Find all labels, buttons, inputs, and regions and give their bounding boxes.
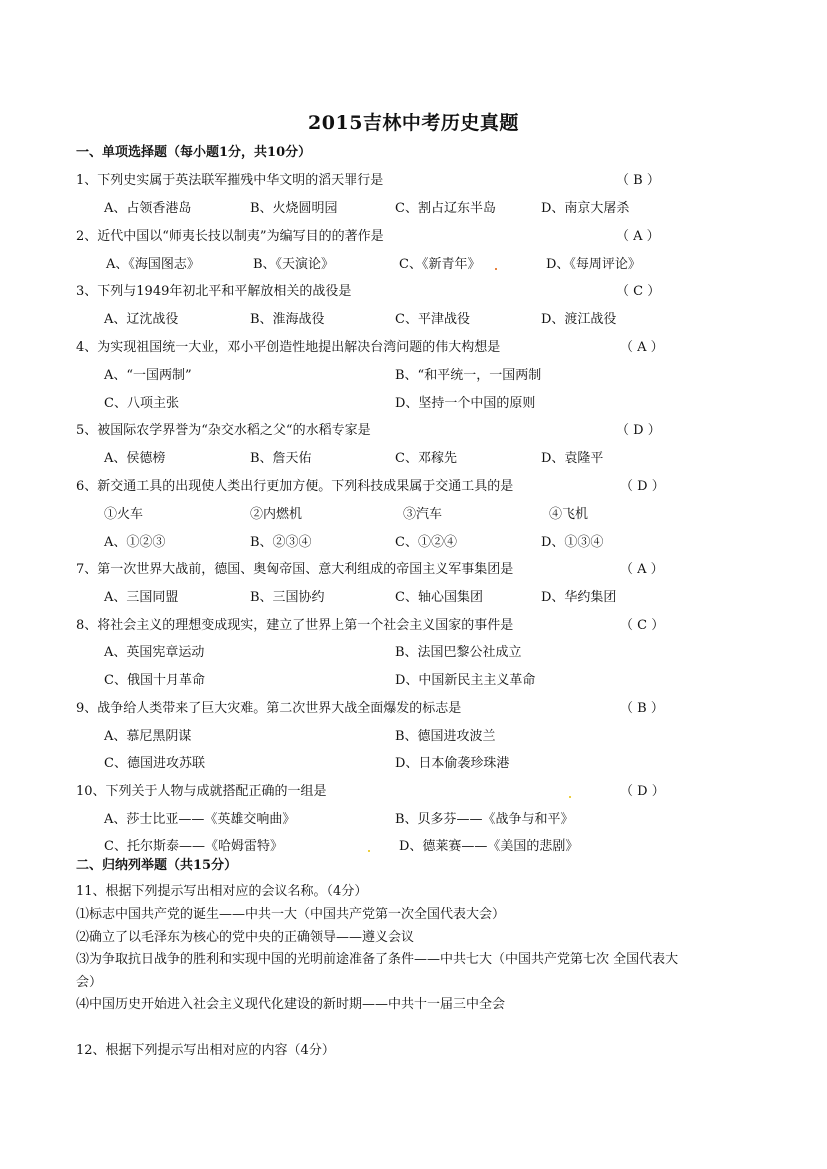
q6-item-1: ①火车 xyxy=(104,507,143,523)
stray-mark xyxy=(495,268,497,270)
q4-option-d: D、坚持一个中国的原则 xyxy=(395,396,535,412)
q1-option-c: C、割占辽东半岛 xyxy=(395,201,496,217)
question-6-stem: 6、新交通工具的出现使人类出行更加方便。下列科技成果属于交通工具的是 xyxy=(76,479,513,495)
q1-option-b: B、火烧圆明园 xyxy=(250,201,338,217)
q11-line-3-cont: 会） xyxy=(76,975,102,991)
q6-option-b: B、②③④ xyxy=(250,535,312,551)
section-2-heading: 二、归纳列举题（共15分） xyxy=(76,858,237,874)
q3-option-a: A、辽沈战役 xyxy=(104,312,178,328)
q6-item-3: ③汽车 xyxy=(403,507,442,523)
question-9-stem: 9、战争给人类带来了巨大灾难。第二次世界大战全面爆发的标志是 xyxy=(76,701,461,717)
q2-option-d: D、《每周评论》 xyxy=(546,257,641,273)
q2-option-a: A、《海国图志》 xyxy=(106,257,200,273)
question-2-answer: （ A ） xyxy=(616,229,660,245)
q8-option-a: A、英国宪章运动 xyxy=(104,645,204,661)
q3-option-d: D、渡江战役 xyxy=(541,312,616,328)
stray-mark xyxy=(368,850,370,852)
q6-option-d: D、①③④ xyxy=(541,535,603,551)
q5-option-d: D、袁隆平 xyxy=(541,451,603,467)
q7-option-c: C、轴心国集团 xyxy=(395,590,483,606)
stray-mark xyxy=(569,796,571,798)
q5-option-b: B、詹天佑 xyxy=(250,451,312,467)
q11-line-4: ⑷中国历史开始进入社会主义现代化建设的新时期——中共十一届三中全会 xyxy=(76,997,505,1013)
q9-option-b: B、德国进攻波兰 xyxy=(395,729,496,745)
question-8-answer: （ C ） xyxy=(620,618,664,634)
q7-option-b: B、三国协约 xyxy=(250,590,325,606)
q8-option-b: B、法国巴黎公社成立 xyxy=(395,645,522,661)
q4-option-b: B、“和平统一，一国两制 xyxy=(395,368,541,384)
q10-option-b: B、贝多芬——《战争与和平》 xyxy=(395,812,574,828)
q7-option-a: A、三国同盟 xyxy=(104,590,178,606)
question-9-answer: （ B ） xyxy=(620,701,664,717)
q5-option-c: C、邓稼先 xyxy=(395,451,457,467)
q2-option-b: B、《天演论》 xyxy=(253,257,334,273)
q6-item-4: ④飞机 xyxy=(549,507,588,523)
q3-option-c: C、平津战役 xyxy=(395,312,470,328)
q6-item-2: ②内燃机 xyxy=(250,507,302,523)
q11-line-1: ⑴标志中国共产党的诞生——中共一大（中国共产党第一次全国代表大会） xyxy=(76,907,505,923)
q5-option-a: A、侯德榜 xyxy=(104,451,165,467)
question-5-stem: 5、被国际农学界誉为“杂交水稻之父“的水稻专家是 xyxy=(76,423,371,439)
question-10-stem: 10、下列关于人物与成就搭配正确的一组是 xyxy=(76,784,327,800)
q4-option-a: A、“一国两制” xyxy=(104,368,192,384)
question-7-stem: 7、第一次世界大战前，德国、奥匈帝国、意大利组成的帝国主义军事集团是 xyxy=(76,562,513,578)
q2-option-c: C、《新青年》 xyxy=(399,257,480,273)
q1-option-d: D、南京大屠杀 xyxy=(541,201,629,217)
question-4-stem: 4、为实现祖国统一大业，邓小平创造性地提出解决台湾问题的伟大构想是 xyxy=(76,340,500,356)
question-1-answer: （ B ） xyxy=(616,173,660,189)
question-3-stem: 3、下列与1949年初北平和平解放相关的战役是 xyxy=(76,284,351,300)
question-6-answer: （ D ） xyxy=(620,479,665,495)
question-4-answer: （ A ） xyxy=(620,340,664,356)
question-2-stem: 2、近代中国以“师夷长技以制夷”为编写目的的著作是 xyxy=(76,229,384,245)
q6-option-a: A、①②③ xyxy=(104,535,165,551)
question-1-stem: 1、下列史实属于英法联军摧残中华文明的滔天罪行是 xyxy=(76,173,383,189)
q7-option-d: D、华约集团 xyxy=(541,590,616,606)
q9-option-a: A、慕尼黑阴谋 xyxy=(104,729,191,745)
question-8-stem: 8、将社会主义的理想变成现实，建立了世界上第一个社会主义国家的事件是 xyxy=(76,618,513,634)
question-7-answer: （ A ） xyxy=(620,562,664,578)
q4-option-c: C、八项主张 xyxy=(104,396,179,412)
page-title: 2015吉林中考历史真题 xyxy=(0,108,827,135)
q10-option-c: C、托尔斯泰——《哈姆雷特》 xyxy=(104,839,283,855)
q8-option-d: D、中国新民主主义革命 xyxy=(395,673,535,689)
question-10-answer: （ D ） xyxy=(620,784,665,800)
q11-line-3: ⑶为争取抗日战争的胜利和实现中国的光明前途准备了条件——中共七大（中国共产党第七… xyxy=(76,952,678,968)
q9-option-c: C、德国进攻苏联 xyxy=(104,756,205,772)
q9-option-d: D、日本偷袭珍珠港 xyxy=(395,756,509,772)
q1-option-a: A、占领香港岛 xyxy=(104,201,191,217)
q10-option-a: A、莎士比亚——《英雄交响曲》 xyxy=(104,812,295,828)
q6-option-c: C、①②④ xyxy=(395,535,457,551)
q8-option-c: C、俄国十月革命 xyxy=(104,673,205,689)
question-12-stem: 12、根据下列提示写出相对应的内容（4分） xyxy=(76,1043,335,1059)
q11-line-2: ⑵确立了以毛泽东为核心的党中央的正确领导——遵义会议 xyxy=(76,930,414,946)
question-3-answer: （ C ） xyxy=(616,284,660,300)
question-11-stem: 11、根据下列提示写出相对应的会议名称。（4分） xyxy=(76,884,367,900)
q3-option-b: B、淮海战役 xyxy=(250,312,325,328)
section-1-heading: 一、单项选择题（每小题1分，共10分） xyxy=(76,145,311,161)
question-5-answer: （ D ） xyxy=(616,423,661,439)
q10-option-d: D、德莱赛——《美国的悲剧》 xyxy=(399,839,578,855)
